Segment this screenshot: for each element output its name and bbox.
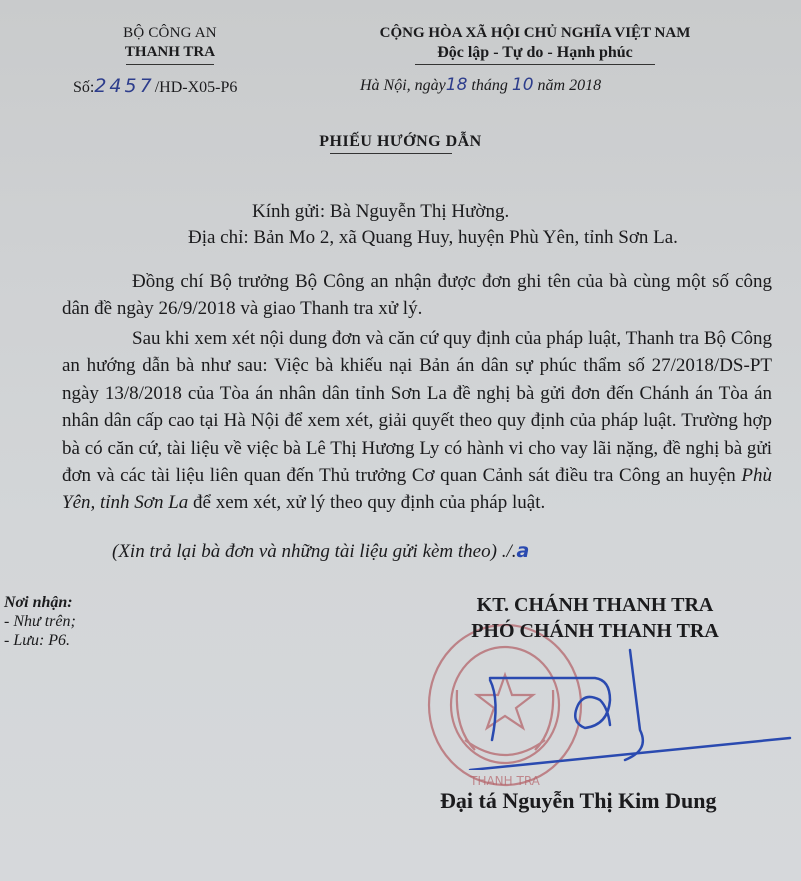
paragraph-1: Đồng chí Bộ trưởng Bộ Công an nhận được …: [62, 268, 772, 323]
title-underline: [330, 153, 452, 154]
agency-underline: [126, 64, 214, 65]
recipients-block: Nơi nhận: - Như trên; - Lưu: P6.: [4, 593, 76, 650]
paragraph-2-end: để xem xét, xử lý theo quy định của pháp…: [188, 492, 545, 513]
date-month-label: tháng: [471, 77, 507, 94]
country-name: CỘNG HÒA XÃ HỘI CHỦ NGHĨA VIỆT NAM: [300, 24, 770, 43]
national-header: CỘNG HÒA XÃ HỘI CHỦ NGHĨA VIỆT NAM Độc l…: [300, 24, 770, 65]
address-line: Địa chỉ: Bản Mo 2, xã Quang Huy, huyện P…: [188, 224, 678, 251]
number-prefix: Số:: [73, 79, 94, 96]
signature-title-1: KT. CHÁNH THANH TRA: [390, 592, 800, 619]
date-day: 18: [446, 75, 468, 95]
recipient-line: Kính gửi: Bà Nguyễn Thị Hường.: [252, 198, 509, 225]
paragraph-2-main: Sau khi xem xét nội dung đơn và căn cứ q…: [62, 328, 772, 486]
handwritten-signature-icon: [460, 640, 800, 770]
motto-underline: [415, 64, 655, 65]
agency-header: BỘ CÔNG AN THANH TRA: [100, 24, 240, 65]
signer-name: Đại tá Nguyễn Thị Kim Dung: [440, 788, 716, 814]
document-number: Số:2457/HD-X05-P6: [73, 75, 237, 97]
recipients-title: Nơi nhận:: [4, 593, 76, 612]
handwritten-number: 2457: [94, 75, 154, 97]
date-year: năm 2018: [538, 77, 602, 94]
paragraph-2: Sau khi xem xét nội dung đơn và căn cứ q…: [62, 325, 772, 517]
date-prefix: Hà Nội, ngày: [360, 77, 446, 94]
document-date: Hà Nội, ngày18 tháng 10 năm 2018: [360, 75, 601, 95]
closing-note: (Xin trả lại bà đơn và những tài liệu gử…: [112, 540, 529, 563]
agency-name: BỘ CÔNG AN: [100, 24, 240, 43]
agency-department: THANH TRA: [100, 43, 240, 62]
recipient-item: - Như trên;: [4, 612, 76, 631]
signature-title-2: PHÓ CHÁNH THANH TRA: [390, 618, 800, 645]
document-title: PHIẾU HƯỚNG DẪN: [0, 133, 801, 151]
date-month: 10: [512, 75, 534, 95]
initials-mark: a: [516, 540, 529, 562]
svg-text:THANH TRA: THANH TRA: [469, 774, 541, 788]
national-motto: Độc lập - Tự do - Hạnh phúc: [300, 43, 770, 62]
number-suffix: /HD-X05-P6: [155, 79, 238, 96]
recipient-item: - Lưu: P6.: [4, 631, 76, 650]
closing-text: (Xin trả lại bà đơn và những tài liệu gử…: [112, 541, 516, 562]
